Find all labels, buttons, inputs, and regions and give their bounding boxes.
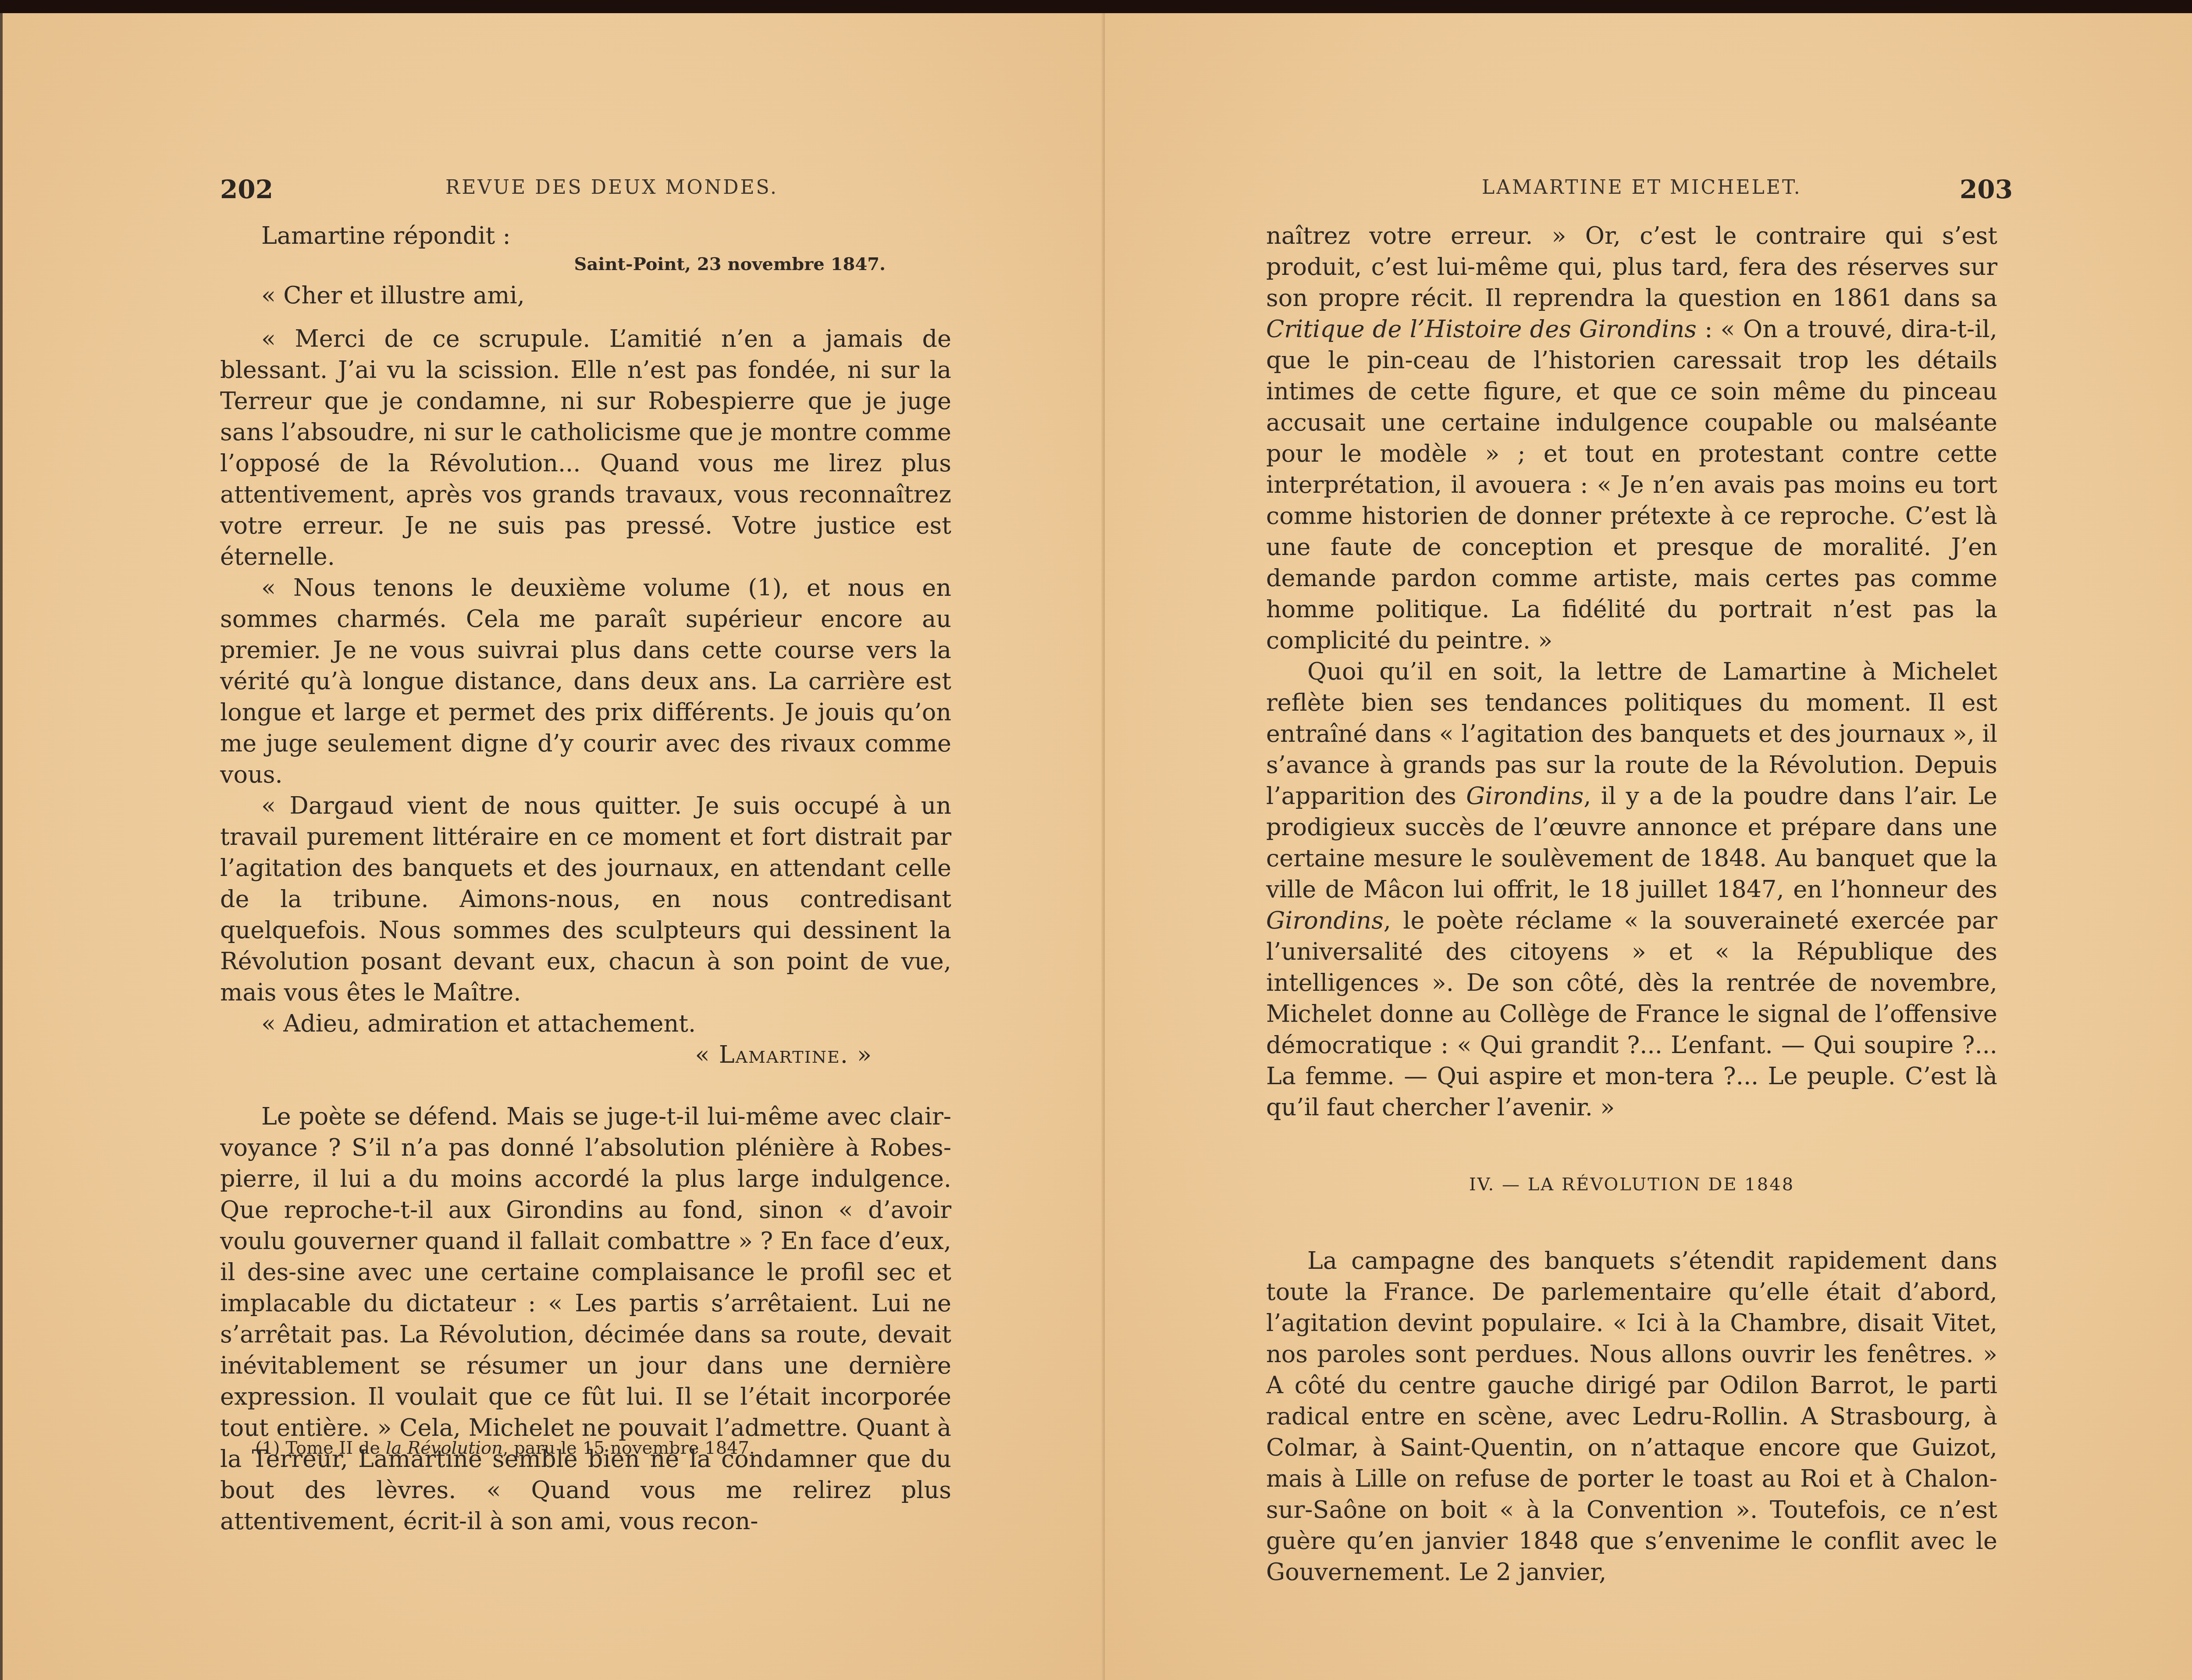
footnote: (1) Tome II de la Révolution, paru le 15… <box>255 1438 755 1458</box>
paragraph: Quoi qu’il en soit, la lettre de Lamarti… <box>1266 656 1997 1123</box>
letter-signature: « Lamartine. » <box>220 1039 872 1070</box>
text-run: : « On a trouvé, dira-t-il, que le pin-c… <box>1266 315 1997 654</box>
book-spread: 202 REVUE DES DEUX MONDES. Lamartine rép… <box>0 13 2192 1680</box>
running-head-right: LAMARTINE ET MICHELET. <box>1482 176 1802 199</box>
paragraph: « Nous tenons le deuxième volume (1), et… <box>220 572 951 790</box>
section-heading: IV. — La Révolution de 1848 <box>1266 1169 1997 1200</box>
footnote-text: Tome II de <box>285 1438 385 1458</box>
letter-dateline: Saint-Point, 23 novembre 1847. <box>220 249 886 280</box>
running-head-left: REVUE DES DEUX MONDES. <box>445 176 778 199</box>
left-page: 202 REVUE DES DEUX MONDES. Lamartine rép… <box>0 13 1105 1680</box>
footnote-text-end: , paru le 15 novembre 1847. <box>503 1438 755 1458</box>
footnote-marker: (1) <box>255 1438 280 1458</box>
right-page-text: naîtrez votre erreur. » Or, c’est le con… <box>1266 220 1997 1587</box>
paragraph: « Dargaud vient de nous quitter. Je suis… <box>220 790 951 1008</box>
paragraph: La campagne des banquets s’étendit rapid… <box>1266 1245 1997 1587</box>
paragraph: « Adieu, admiration et attachement. <box>220 1008 951 1039</box>
page-number-left: 202 <box>220 174 273 204</box>
book-title-girondins: Girondins <box>1266 907 1384 934</box>
page-number-right: 203 <box>1960 174 2013 204</box>
right-page: LAMARTINE ET MICHELET. 203 naîtrez votre… <box>1105 13 2192 1680</box>
footnote-title: la Révolution <box>386 1438 503 1458</box>
text-run: , le poète réclame « la souveraineté exe… <box>1266 907 1997 1121</box>
continuation-paragraph: naîtrez votre erreur. » Or, c’est le con… <box>1266 220 1997 656</box>
book-title-critique: Critique de l’Histoire des Girondins <box>1266 315 1697 343</box>
text-run: naîtrez votre erreur. » Or, c’est le con… <box>1266 222 1997 312</box>
book-title-girondins: Girondins <box>1466 782 1584 810</box>
paragraph: Le poète se défend. Mais se juge-t-il lu… <box>220 1101 951 1537</box>
left-page-text: Lamartine répondit : Saint-Point, 23 nov… <box>220 220 951 1537</box>
intro-line: Lamartine répondit : <box>220 220 951 251</box>
letter-salutation: « Cher et illustre ami, <box>220 280 951 311</box>
paragraph: « Merci de ce scrupule. L’amitié n’en a … <box>220 323 951 572</box>
